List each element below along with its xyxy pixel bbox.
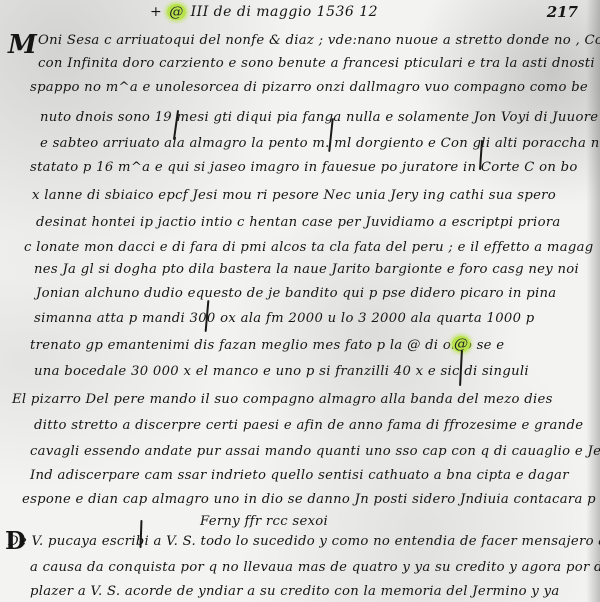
second-paragraph-line-3: plazer a V. S. acorde de yndiar a su cre… (30, 584, 560, 599)
date-text: III de di maggio 1536 12 (191, 4, 378, 20)
manuscript-line-12: simanna atta p mandi 300 ox ala fm 2000 … (34, 311, 535, 326)
manuscript-line-5: e sabteo arriuato ala almagro la pento m… (40, 136, 600, 151)
manuscript-line-1: Oni Sesa c arriuatoqui del nonfe & diaz … (38, 33, 600, 48)
manuscript-line-3: spappo no m^a e unolesorcea di pizarro o… (30, 80, 588, 95)
manuscript-line-16: ditto stretto a discerpre certi paesi e … (34, 418, 583, 433)
second-paragraph-line-2: a causa da conquista por q no llevaua ma… (30, 560, 600, 575)
manuscript-line-6: statato p 16 m^a e qui si jaseo imagro i… (30, 160, 578, 175)
initial-letter-m: M (8, 30, 37, 60)
second-paragraph-line-1: De V. pucaya escribi a V. S. todo lo suc… (8, 534, 600, 549)
folio-number: 217 (547, 3, 578, 21)
date-header: + @ III de di maggio 1536 12 (150, 4, 378, 28)
manuscript-line-2: con Infinita doro carziento e sono benut… (38, 56, 595, 71)
manuscript-line-8: desinat hontei ip jactio intio c hentan … (36, 215, 561, 230)
page-edge-shadow (586, 0, 600, 602)
manuscript-line-4: nuto dnois sono 19 mesi gti diqui pia fa… (40, 110, 598, 125)
manuscript-line-15: El pizarro Del pere mando il suo compagn… (12, 392, 553, 407)
manuscript-page: + @ III de di maggio 1536 12 217 M Oni S… (0, 0, 600, 602)
cross-mark: + (150, 4, 162, 20)
manuscript-signature-line: Ferny ffr rcc sexoi (200, 514, 328, 529)
line-13-text: trenato gp emantenimi dis fazan meglio m… (30, 338, 504, 353)
manuscript-line-10: nes Ja gl si dogha pto dila bastera la n… (34, 262, 579, 277)
manuscript-line-11: Jonian alchuno dudio equesto de je bandi… (36, 286, 556, 301)
manuscript-line-14: una bocedale 30 000 x el manco e uno p s… (34, 364, 529, 379)
manuscript-line-19: espone e dian cap almagro uno in dio se … (22, 492, 600, 507)
manuscript-line-7: x lanne di sbiaico epcf Jesi mou ri peso… (32, 188, 556, 203)
manuscript-line-17: cavagli essendo andate pur assai mando q… (30, 444, 600, 459)
manuscript-line-18: Ind adiscerpare cam ssar indrieto quello… (30, 468, 569, 483)
manuscript-line-9: c lonate mon dacci e di fara di pmi alco… (24, 240, 594, 255)
manuscript-line-13: trenato gp emantenimi dis fazan meglio m… (30, 338, 504, 353)
highlighted-at-symbol: @ (167, 4, 186, 20)
